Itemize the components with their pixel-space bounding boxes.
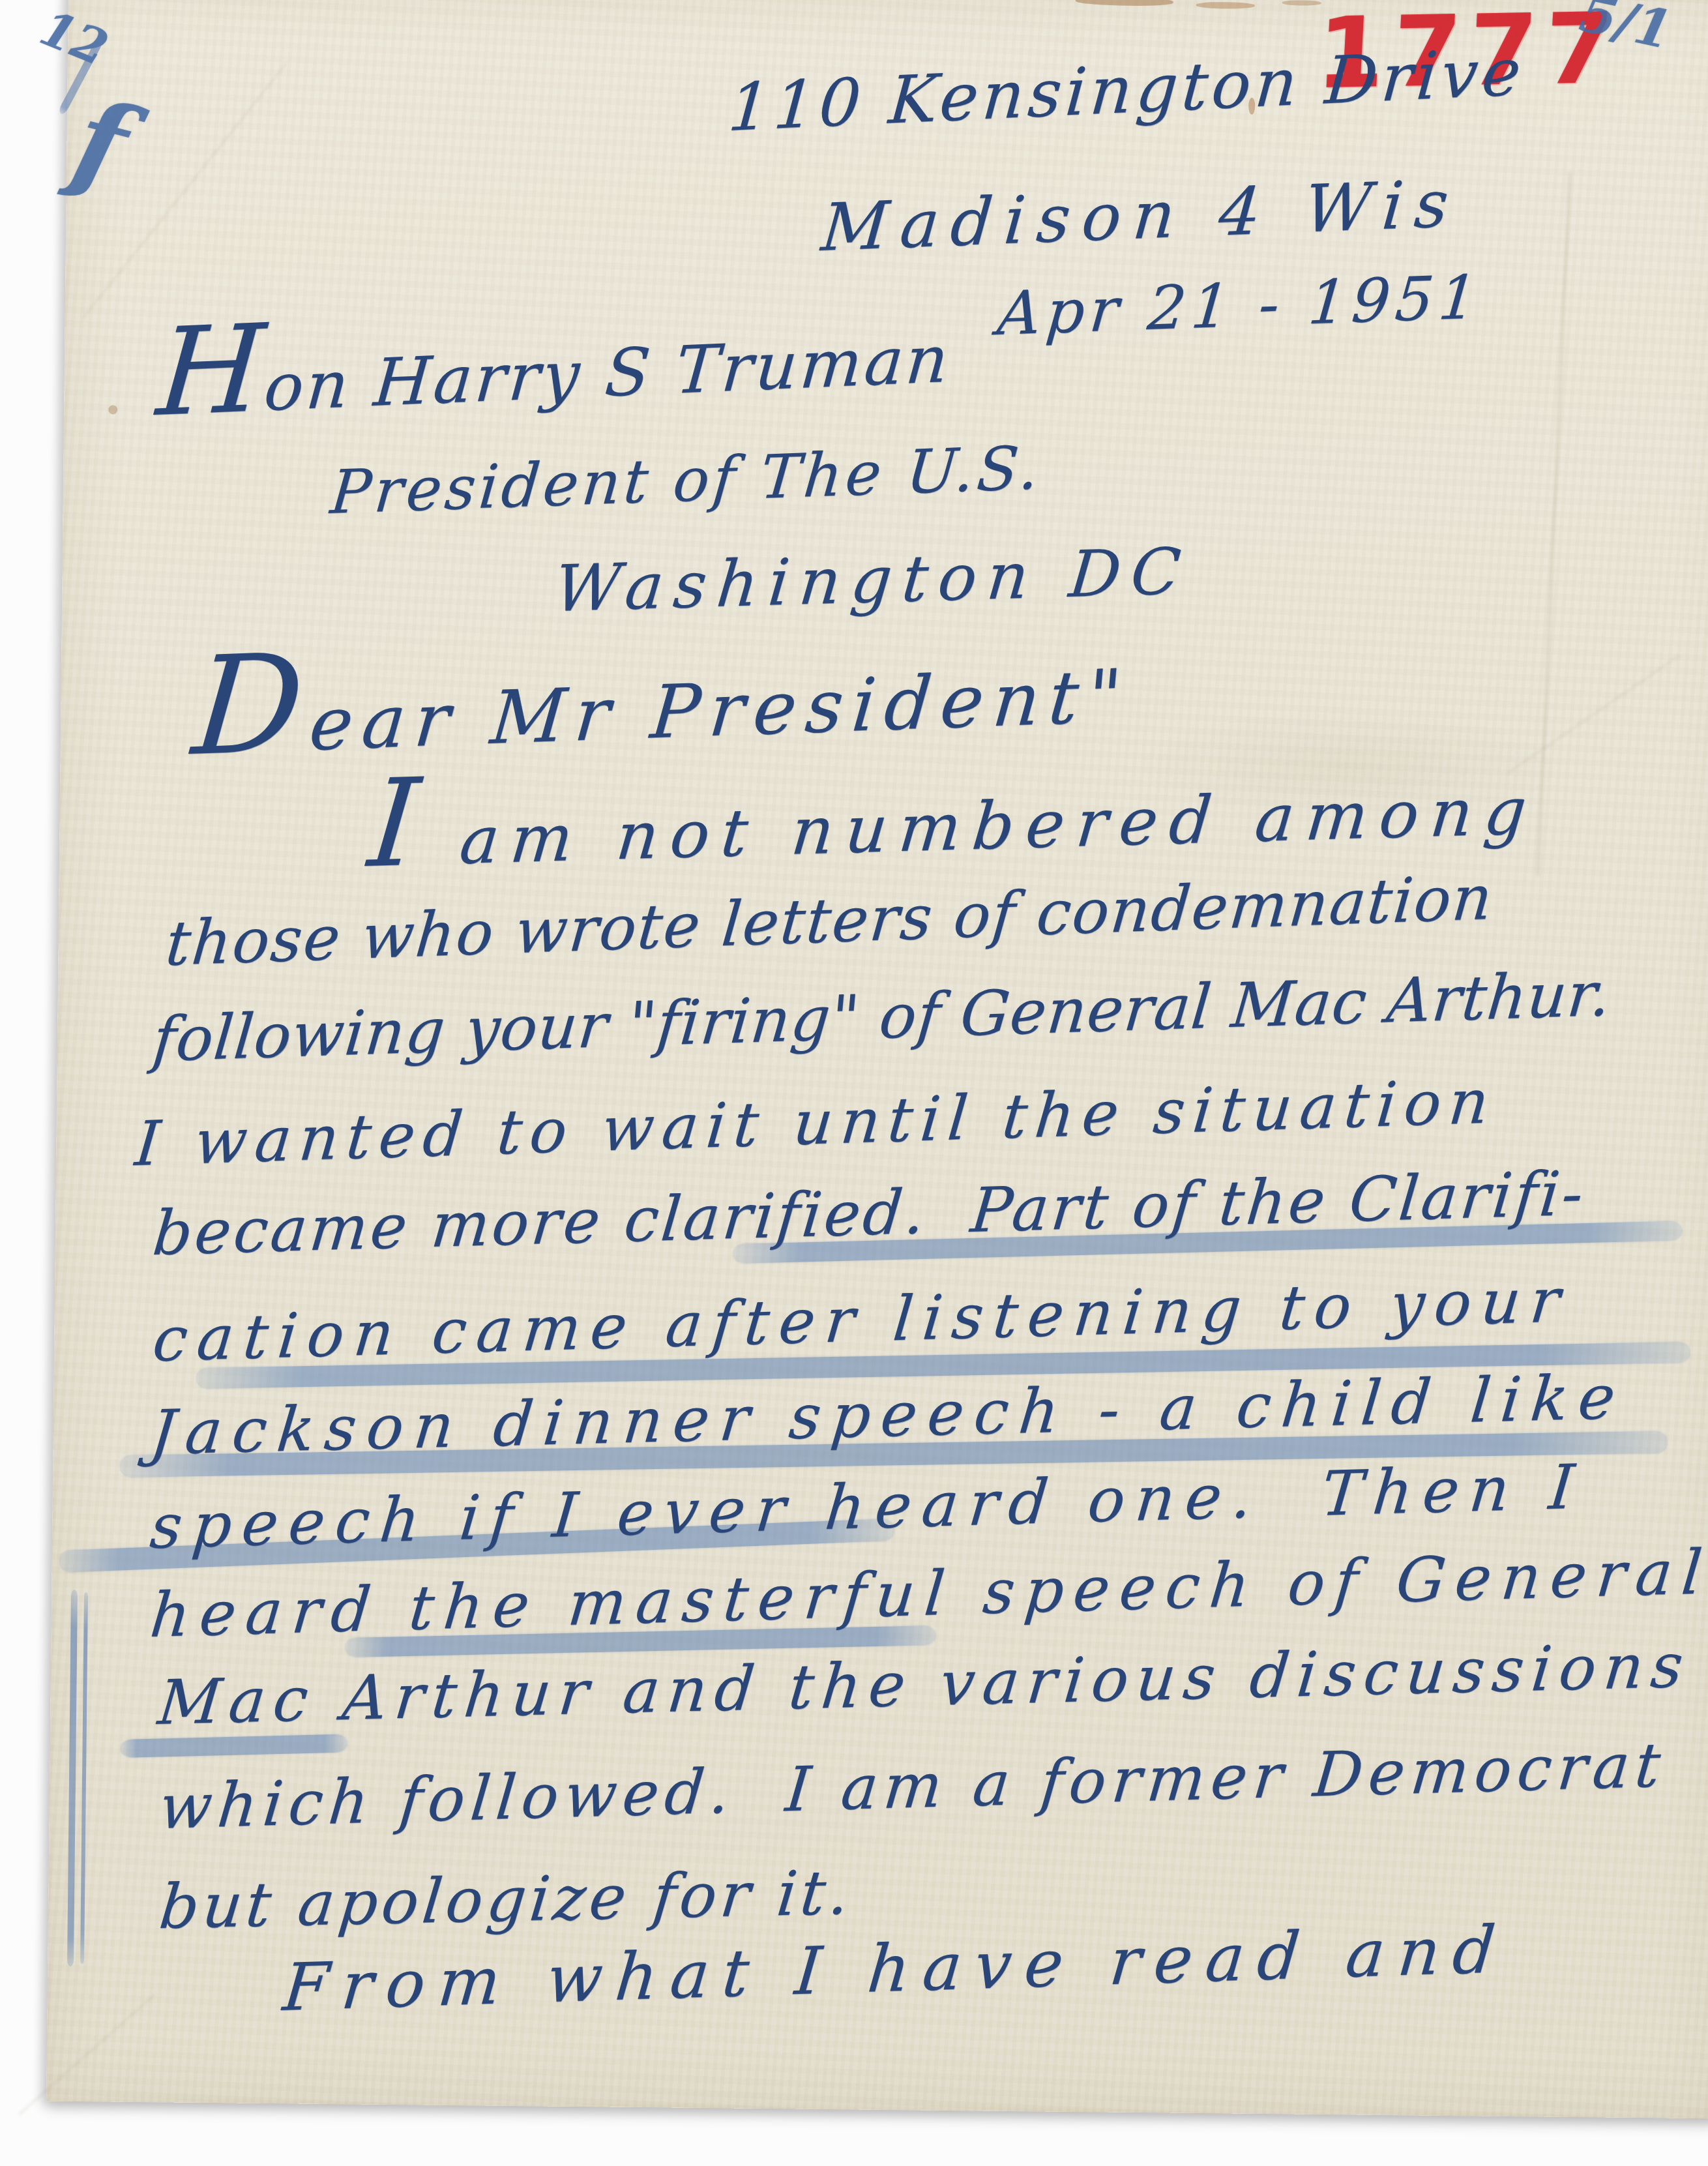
- body-line: but apologize for it.: [156, 1860, 856, 1941]
- archival-corner-mark: 12: [33, 0, 116, 77]
- recipient-title: President of The U.S.: [328, 436, 1044, 526]
- handwriting-layer: 1777 5/1 12 f 110 Kensington Drive Madis…: [0, 0, 1708, 2166]
- margin-emphasis-line: [67, 1590, 78, 1966]
- heading-date: Apr 21 - 1951: [995, 265, 1485, 347]
- recipient-city: Washington DC: [552, 538, 1194, 625]
- body-line: I wanted to wait until the situation: [132, 1069, 1499, 1178]
- heading-address-line2: Madison 4 Wis: [819, 168, 1463, 263]
- margin-emphasis-line: [80, 1592, 88, 1964]
- scanned-letter-page: 1777 5/1 12 f 110 Kensington Drive Madis…: [0, 0, 1708, 2166]
- body-line: those who wrote letters of condemnation: [163, 865, 1496, 978]
- body-line: which followed. I am a former Democrat: [156, 1732, 1669, 1841]
- salutation: Dear Mr President": [189, 657, 1134, 769]
- body-line: I am not numbered among: [365, 776, 1541, 879]
- recipient-name: Hon Harry S Truman: [154, 324, 953, 428]
- body-line: following your "firing" of General Mac A…: [150, 961, 1613, 1073]
- heading-address-line1: 110 Kensington Drive: [726, 37, 1527, 143]
